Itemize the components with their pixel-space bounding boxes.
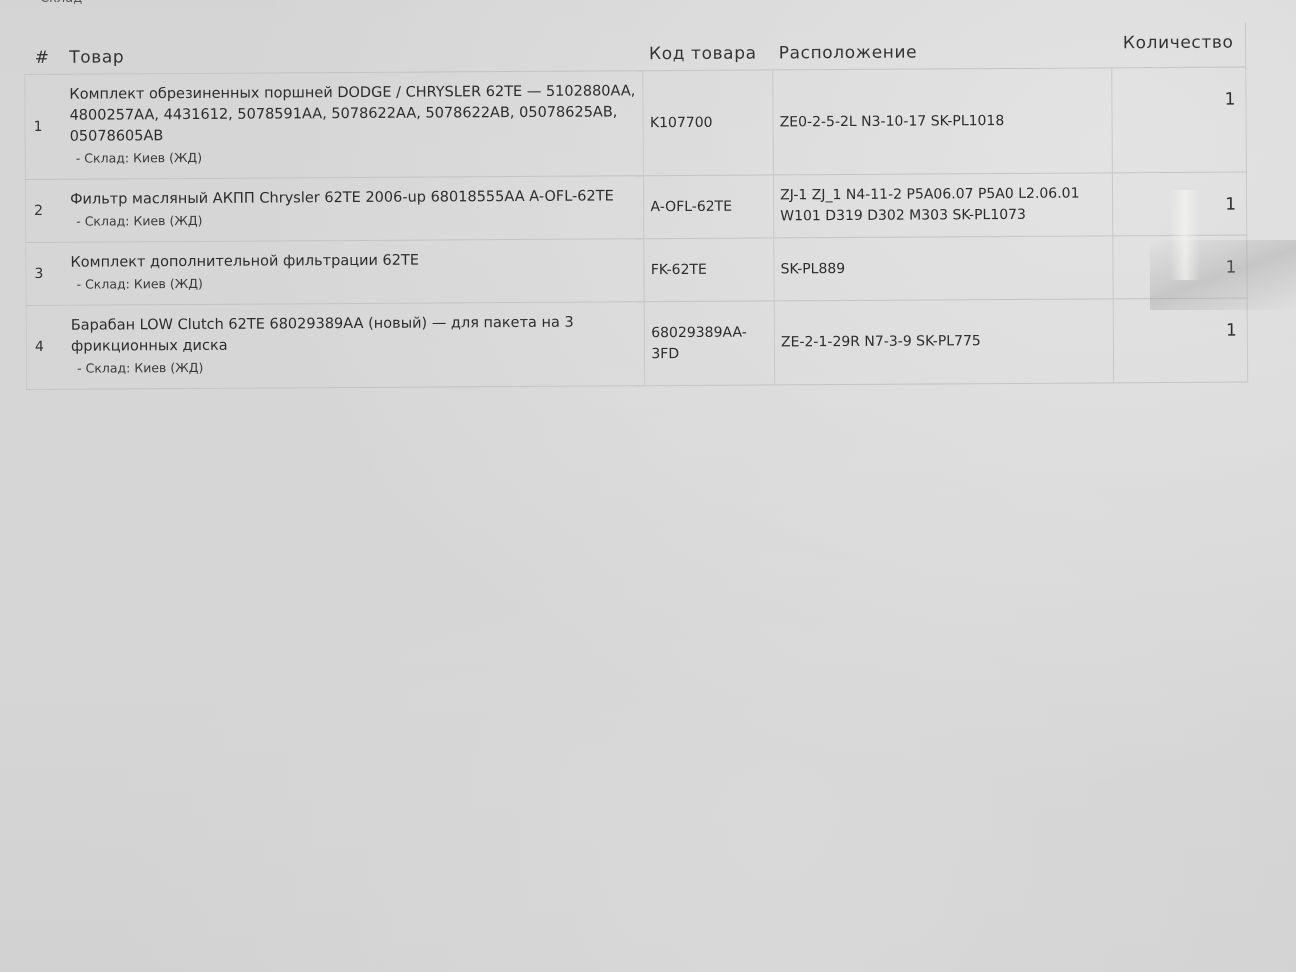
row-number: 3	[26, 242, 65, 305]
row-location: ZE-2-1-29R N7-3-9 SK-PL775	[774, 299, 1113, 385]
header-item: Товар	[63, 26, 643, 74]
item-name: Фильтр масляный АКПП Chrysler 62TE 2006-…	[70, 186, 637, 210]
table-row: 1 Комплект обрезиненных поршней DODGE / …	[25, 67, 1247, 179]
row-item: Комплект дополнительной фильтрации 62TE …	[64, 239, 644, 306]
row-location: ZJ-1 ZJ_1 N4-11-2 P5A06.07 P5A0 L2.06.01…	[773, 173, 1112, 238]
table-row: 4 Барабан LOW Clutch 62TE 68029389AA (но…	[26, 298, 1247, 389]
header-number: #	[24, 30, 63, 75]
items-table: # Товар Код товара Расположение Количест…	[24, 23, 1248, 390]
item-warehouse: - Склад: Киев (ЖД)	[71, 354, 638, 378]
row-location: SK-PL889	[774, 236, 1113, 301]
cut-off-heading: Склад	[40, 0, 82, 6]
table-header-row: # Товар Код товара Расположение Количест…	[24, 23, 1245, 75]
row-code: A-OFL-62TE	[644, 175, 774, 239]
row-number: 4	[26, 305, 65, 389]
row-code: 68029389AA-3FD	[645, 301, 775, 386]
item-name: Комплект обрезиненных поршней DODGE / CH…	[69, 81, 637, 147]
row-quantity: 1	[1113, 298, 1248, 383]
row-item: Барабан LOW Clutch 62TE 68029389AA (новы…	[65, 302, 645, 390]
row-location: ZE0-2-5-2L N3-10-17 SK-PL1018	[773, 68, 1112, 175]
row-item: Фильтр масляный АКПП Chrysler 62TE 2006-…	[64, 176, 644, 243]
table-row: 3 Комплект дополнительной фильтрации 62T…	[26, 235, 1247, 305]
table-row: 2 Фильтр масляный АКПП Chrysler 62TE 200…	[25, 172, 1246, 242]
item-warehouse: - Склад: Киев (ЖД)	[70, 144, 637, 168]
row-code: K107700	[643, 70, 773, 176]
row-quantity: 1	[1112, 235, 1247, 299]
row-number: 2	[25, 179, 64, 242]
item-name: Барабан LOW Clutch 62TE 68029389AA (новы…	[71, 312, 639, 357]
row-item: Комплект обрезиненных поршней DODGE / CH…	[63, 71, 643, 180]
row-quantity: 1	[1112, 172, 1247, 236]
header-quantity: Количество	[1111, 23, 1246, 68]
row-number: 1	[25, 74, 64, 179]
header-code: Код товара	[643, 25, 773, 70]
item-warehouse: - Склад: Киев (ЖД)	[70, 207, 637, 231]
item-warehouse: - Склад: Киев (ЖД)	[71, 270, 638, 294]
header-location: Расположение	[773, 23, 1112, 70]
row-code: FK-62TE	[644, 238, 774, 302]
row-quantity: 1	[1111, 67, 1246, 173]
